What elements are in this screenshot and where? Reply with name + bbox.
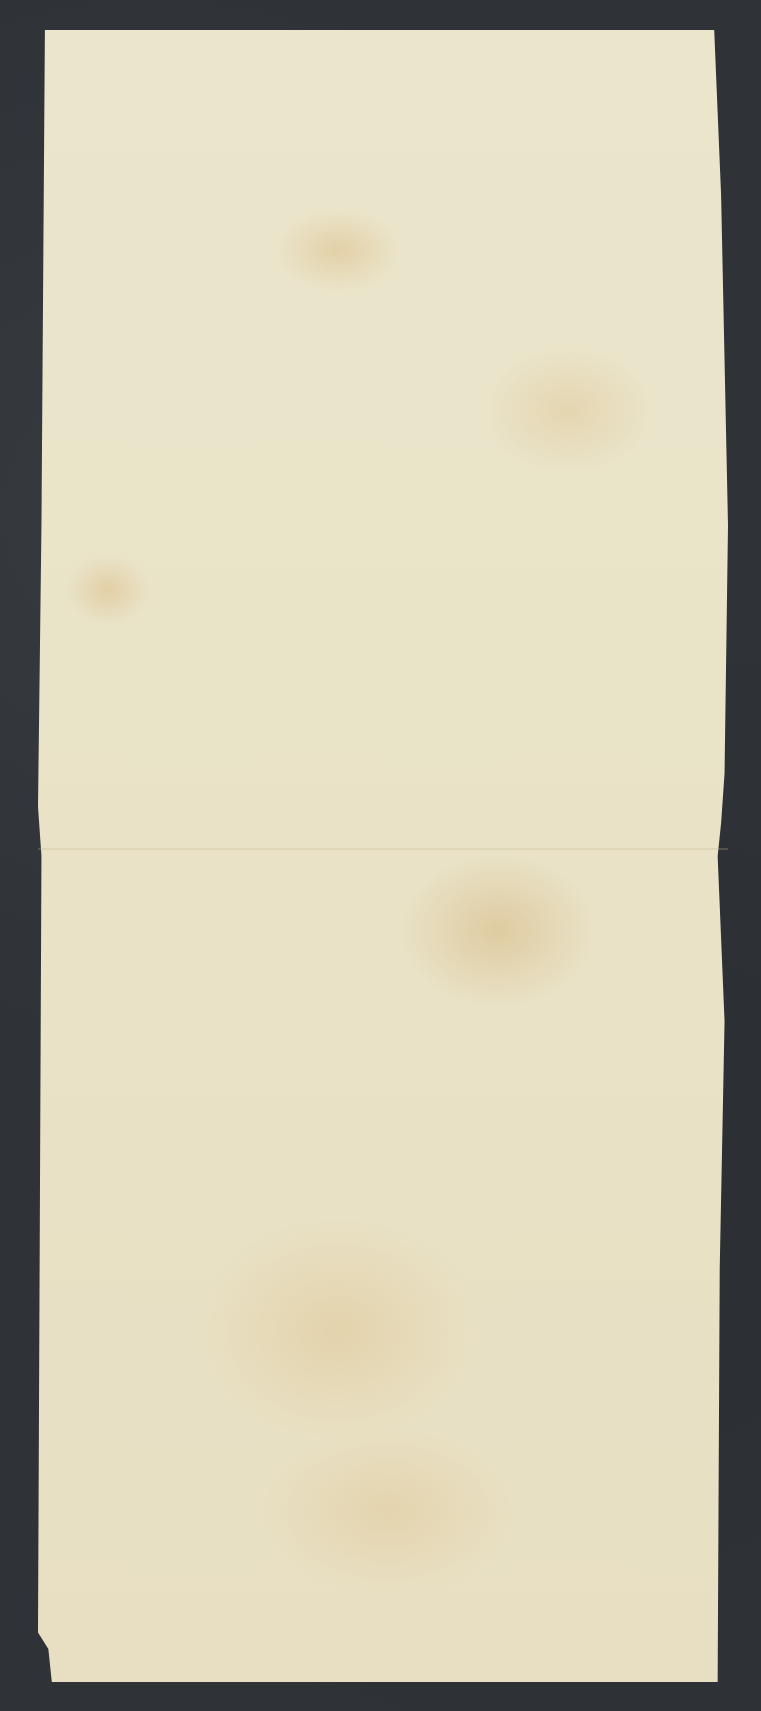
- stamp-separation-line: [38, 848, 728, 850]
- stamp-strip-back: [38, 30, 728, 1682]
